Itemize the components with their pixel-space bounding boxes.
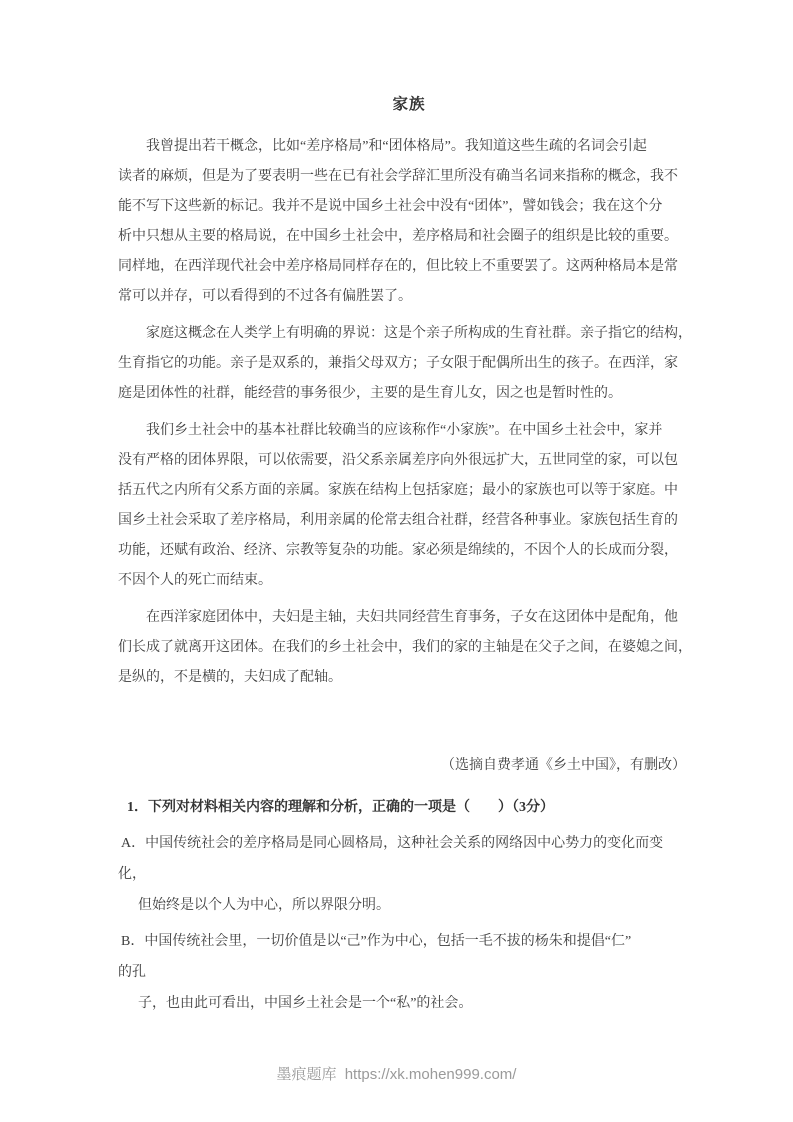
watermark-url: https://xk.mohen999.com/ — [345, 1066, 517, 1083]
option-a-line-2: 化， — [118, 859, 700, 890]
exam-page: 家族 我曾提出若干概念，比如“差序格局”和“团体格局”。我知道这些生疏的名词会引… — [0, 0, 793, 1122]
option-b-line-3: 子，也由此可看出，中国乡土社会是一个“私”的社会。 — [118, 988, 700, 1019]
question-1-option-b: B．中国传统社会里，一切价值是以“己”作为中心，包括一毛不拔的杨朱和提倡“仁” … — [118, 926, 700, 1019]
passage-title: 家族 — [118, 94, 700, 116]
passage-paragraph-2: 家庭这概念在人类学上有明确的界说：这是个亲子所构成的生育社群。亲子指它的结构， … — [118, 319, 700, 409]
reading-passage-document: 家族 我曾提出若干概念，比如“差序格局”和“团体格局”。我知道这些生疏的名词会引… — [118, 94, 700, 1019]
watermark-site-name: 墨痕题库 — [277, 1066, 337, 1083]
question-1-option-a: A．中国传统社会的差序格局是同心圆格局，这种社会关系的网络因中心势力的变化而变 … — [118, 828, 700, 921]
passage-paragraph-3: 我们乡土社会中的基本社群比较确当的应该称作“小家族”。在中国乡土社会中，家并 没… — [118, 416, 700, 596]
option-b-line-2: 的孔 — [118, 957, 700, 988]
option-a-line-3: 但始终是以个人为中心，所以界限分明。 — [118, 890, 700, 921]
watermark-footer: 墨痕题库 https://xk.mohen999.com/ — [0, 1063, 793, 1087]
option-a-line-1: A．中国传统社会的差序格局是同心圆格局，这种社会关系的网络因中心势力的变化而变 — [118, 828, 700, 859]
source-attribution: （选摘自费孝通《乡土中国》，有删改） — [118, 751, 700, 781]
option-b-line-1: B．中国传统社会里，一切价值是以“己”作为中心，包括一毛不拔的杨朱和提倡“仁” — [118, 926, 700, 957]
question-1-stem: 1．下列对材料相关内容的理解和分析，正确的一项是（ ）（3分） — [118, 793, 700, 823]
passage-paragraph-1: 我曾提出若干概念，比如“差序格局”和“团体格局”。我知道这些生疏的名词会引起 读… — [118, 132, 700, 312]
passage-paragraph-4: 在西洋家庭团体中，夫妇是主轴，夫妇共同经营生育事务，子女在这团体中是配角，他 们… — [118, 603, 700, 693]
